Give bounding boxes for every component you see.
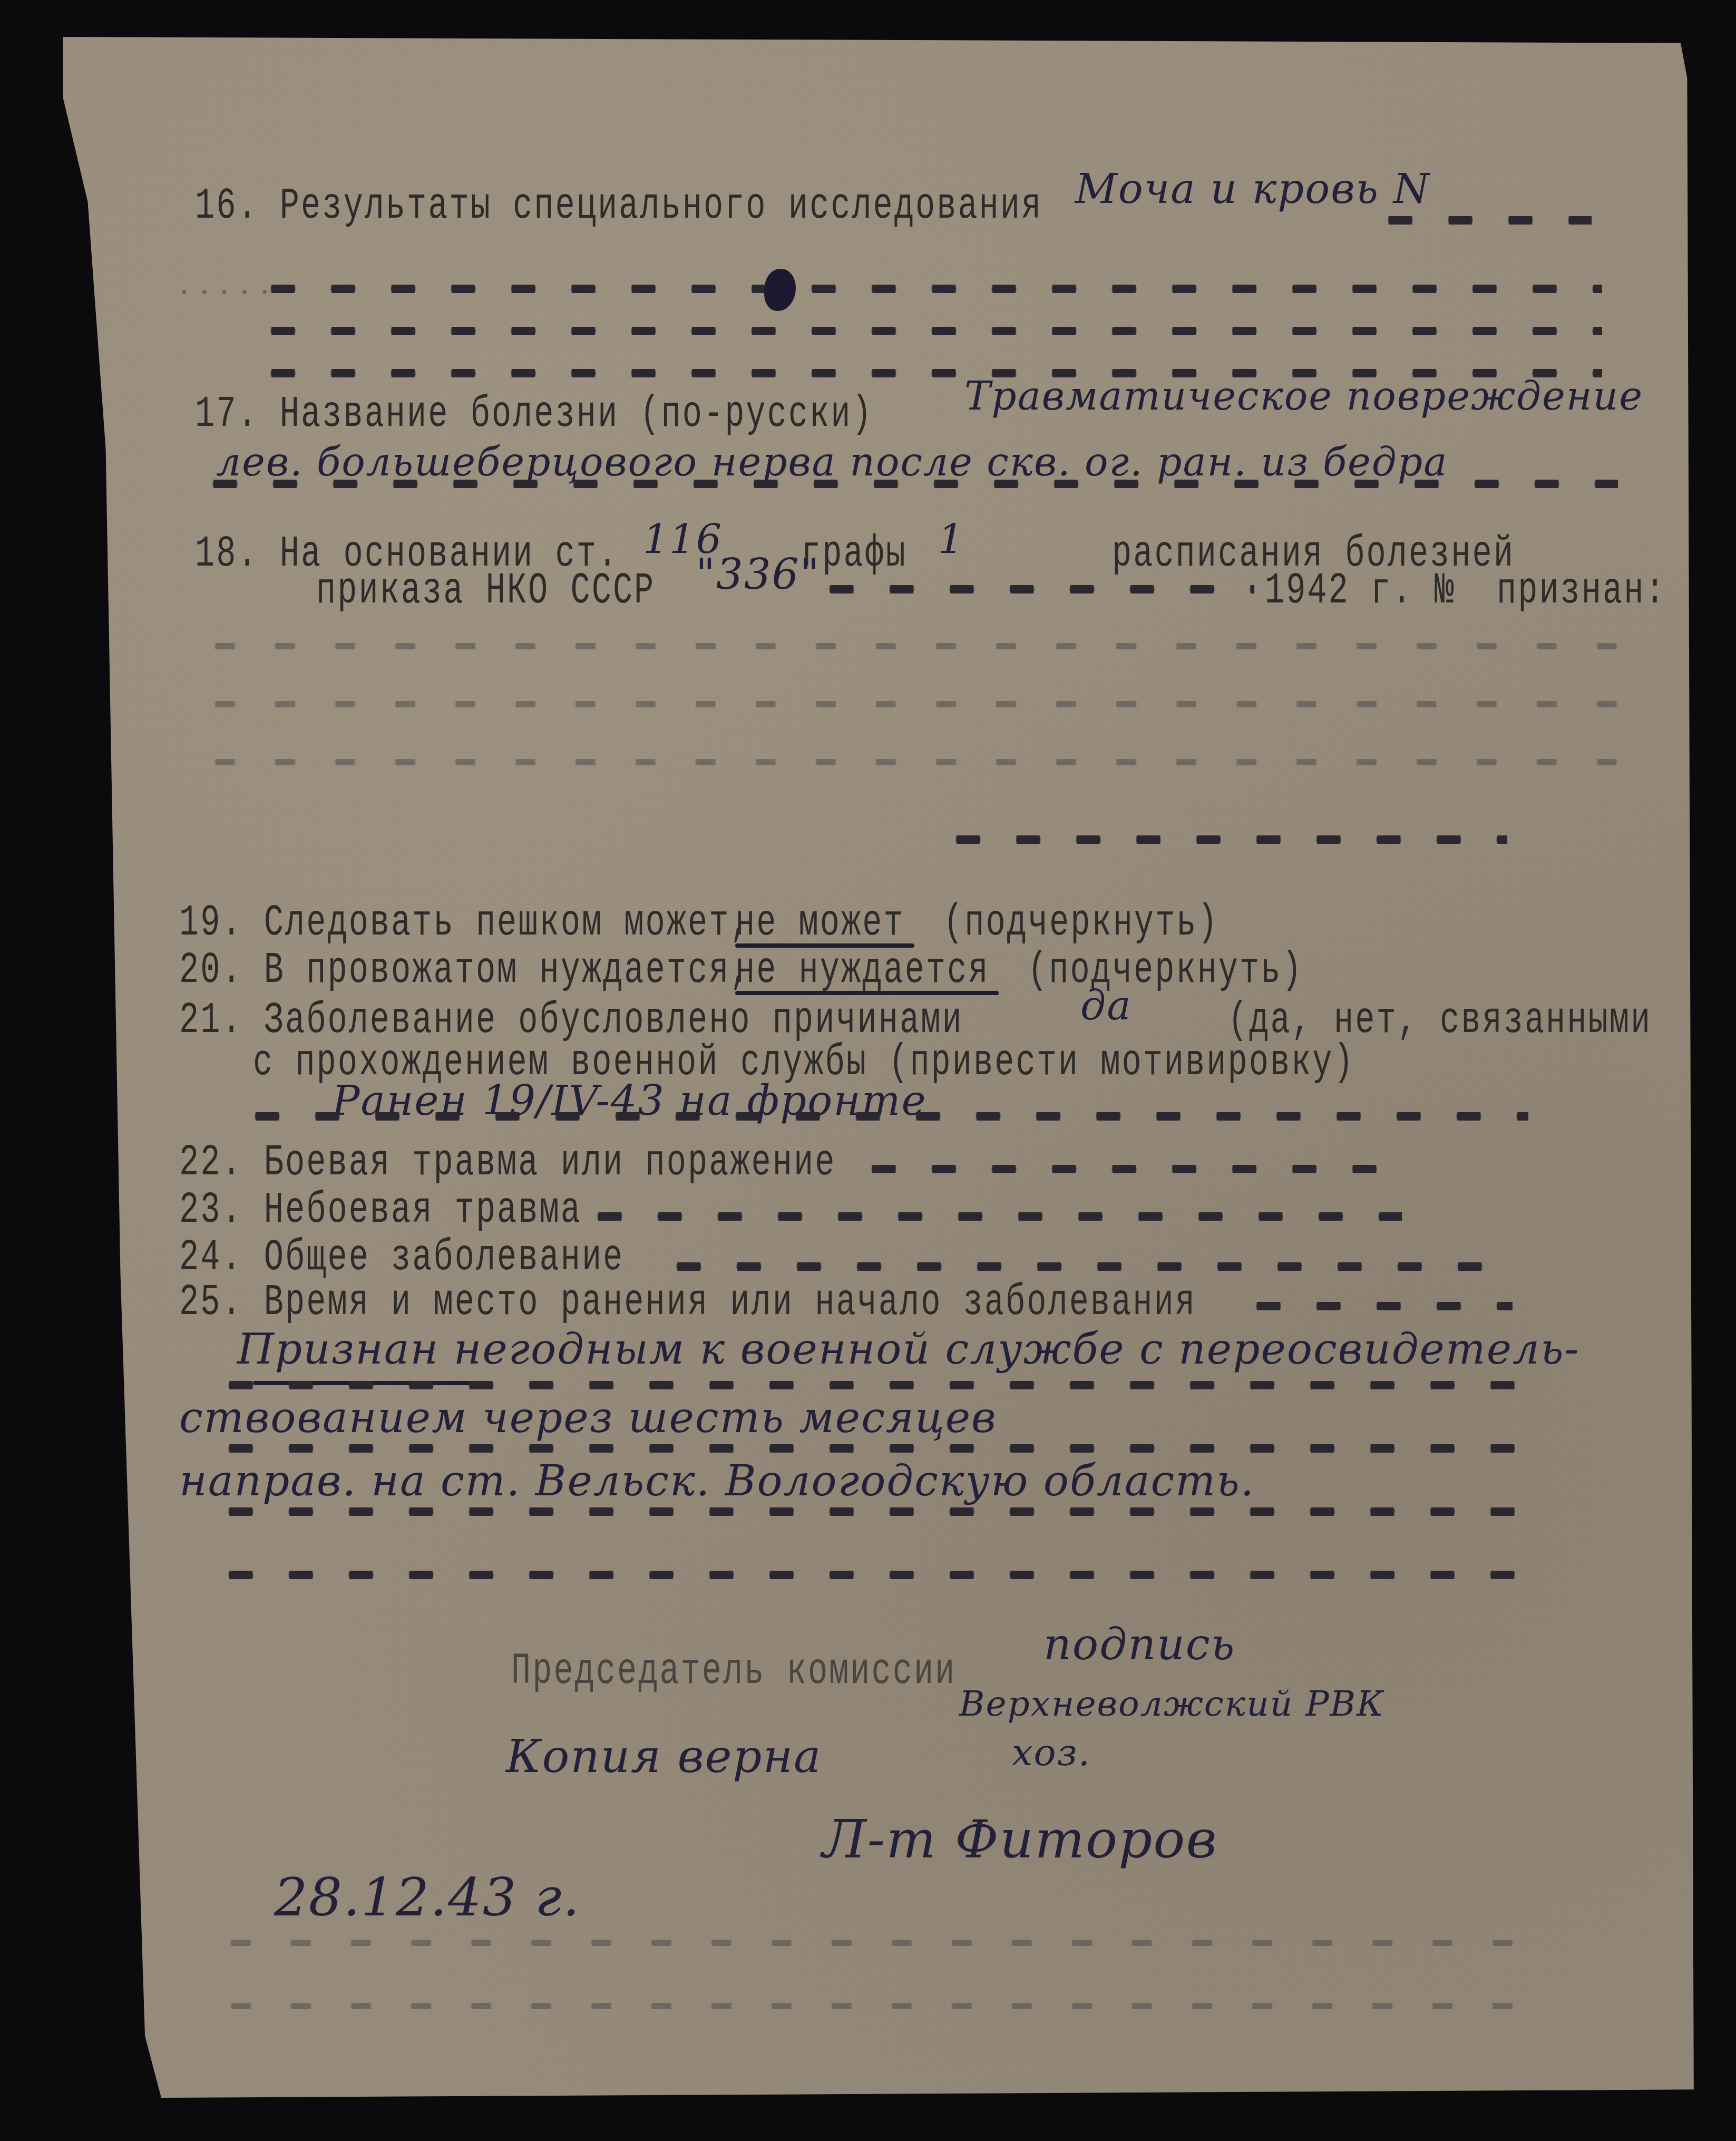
item-17-value-line1: Травматическое повреждение	[964, 377, 1643, 416]
dotted-fill-line	[253, 285, 1602, 293]
item-19-hint: (подчеркнуть)	[943, 901, 1219, 946]
dotted-fill-line	[580, 1212, 1402, 1221]
item-22-label: 22. Боевая травма или поражение	[179, 1141, 836, 1185]
certifier-name: Верхневолжский РВК	[959, 1687, 1384, 1721]
item-16-value: Моча и кровь N	[1075, 169, 1430, 210]
item-21-hint: (да, нет, связанными	[1228, 999, 1652, 1043]
item-17-label: 17. Название болезни (по-русски)	[195, 393, 873, 437]
document-date: 28.12.43 г.	[274, 1871, 580, 1924]
item-18-order-number: "336"	[696, 553, 820, 596]
item-23-label: 23. Небоевая травма	[179, 1189, 582, 1233]
dotted-fill-line	[211, 1940, 1528, 1946]
item-25-label: 25. Время и место ранения или начало заб…	[179, 1281, 1196, 1325]
item-21-label: 21. Заболевание обусловлено причинами	[179, 999, 963, 1043]
item-18-graph: 1	[938, 519, 964, 559]
hand-underline	[735, 991, 999, 995]
item-18-order-prefix: приказа НКО СССР	[316, 569, 655, 614]
item-25-conclusion-line1: Признан негодным к военной службе с пере…	[237, 1328, 1580, 1370]
dotted-fill-line	[211, 1507, 1528, 1516]
dotted-fill-line	[938, 835, 1507, 844]
dotted-fill-line	[253, 327, 1602, 335]
dotted-fill-line	[195, 759, 1618, 765]
item-20-underlined: не нуждается	[735, 949, 989, 993]
dotted-fill-line	[1370, 216, 1592, 225]
dotted-fill-line	[195, 643, 1618, 649]
dotted-fill-line	[659, 1262, 1502, 1271]
item-24-label: 24. Общее заболевание	[179, 1236, 624, 1280]
chairman-label: Председатель комиссии	[511, 1650, 956, 1694]
dotted-fill-line	[211, 1381, 1528, 1389]
dotted-fill-line	[1238, 1302, 1513, 1310]
dotted-fill-line	[237, 1112, 1528, 1121]
item-21-value: да	[1080, 986, 1132, 1026]
item-18-suffix: признан:	[1497, 569, 1666, 614]
bleed-through-text: · · · · ·	[179, 274, 270, 311]
dotted-fill-line	[195, 480, 1618, 488]
item-20-hint: (подчеркнуть)	[1028, 949, 1303, 993]
item-16-label: 16. Результаты специального исследования	[195, 184, 1042, 229]
dotted-fill-line	[211, 2003, 1528, 2009]
item-19-underlined: не может	[735, 901, 905, 946]
item-18-year: 1942 г. №	[1265, 569, 1456, 614]
dotted-fill-line	[211, 1571, 1528, 1579]
dotted-fill-line	[812, 585, 1254, 593]
item-20-label: 20. В провожатом нуждается,	[179, 949, 752, 993]
item-25-conclusion-line2: ствованием через шесть месяцев	[179, 1397, 997, 1439]
signer-signature: Л-т Фиторов	[822, 1813, 1218, 1866]
item-25-conclusion-line3: направ. на ст. Вельск. Вологодскую облас…	[179, 1460, 1255, 1502]
dotted-fill-line	[854, 1165, 1381, 1173]
dotted-fill-line	[211, 1444, 1528, 1453]
signed-note: подпись	[1043, 1623, 1235, 1667]
unit-note: хоз.	[1012, 1734, 1091, 1771]
dotted-fill-line	[195, 701, 1618, 707]
item-17-value-line2: лев. большеберцового нерва после скв. ог…	[216, 443, 1448, 482]
copy-true-note: Копия верна	[506, 1734, 822, 1779]
item-19-label: 19. Следовать пешком может,	[179, 901, 752, 946]
